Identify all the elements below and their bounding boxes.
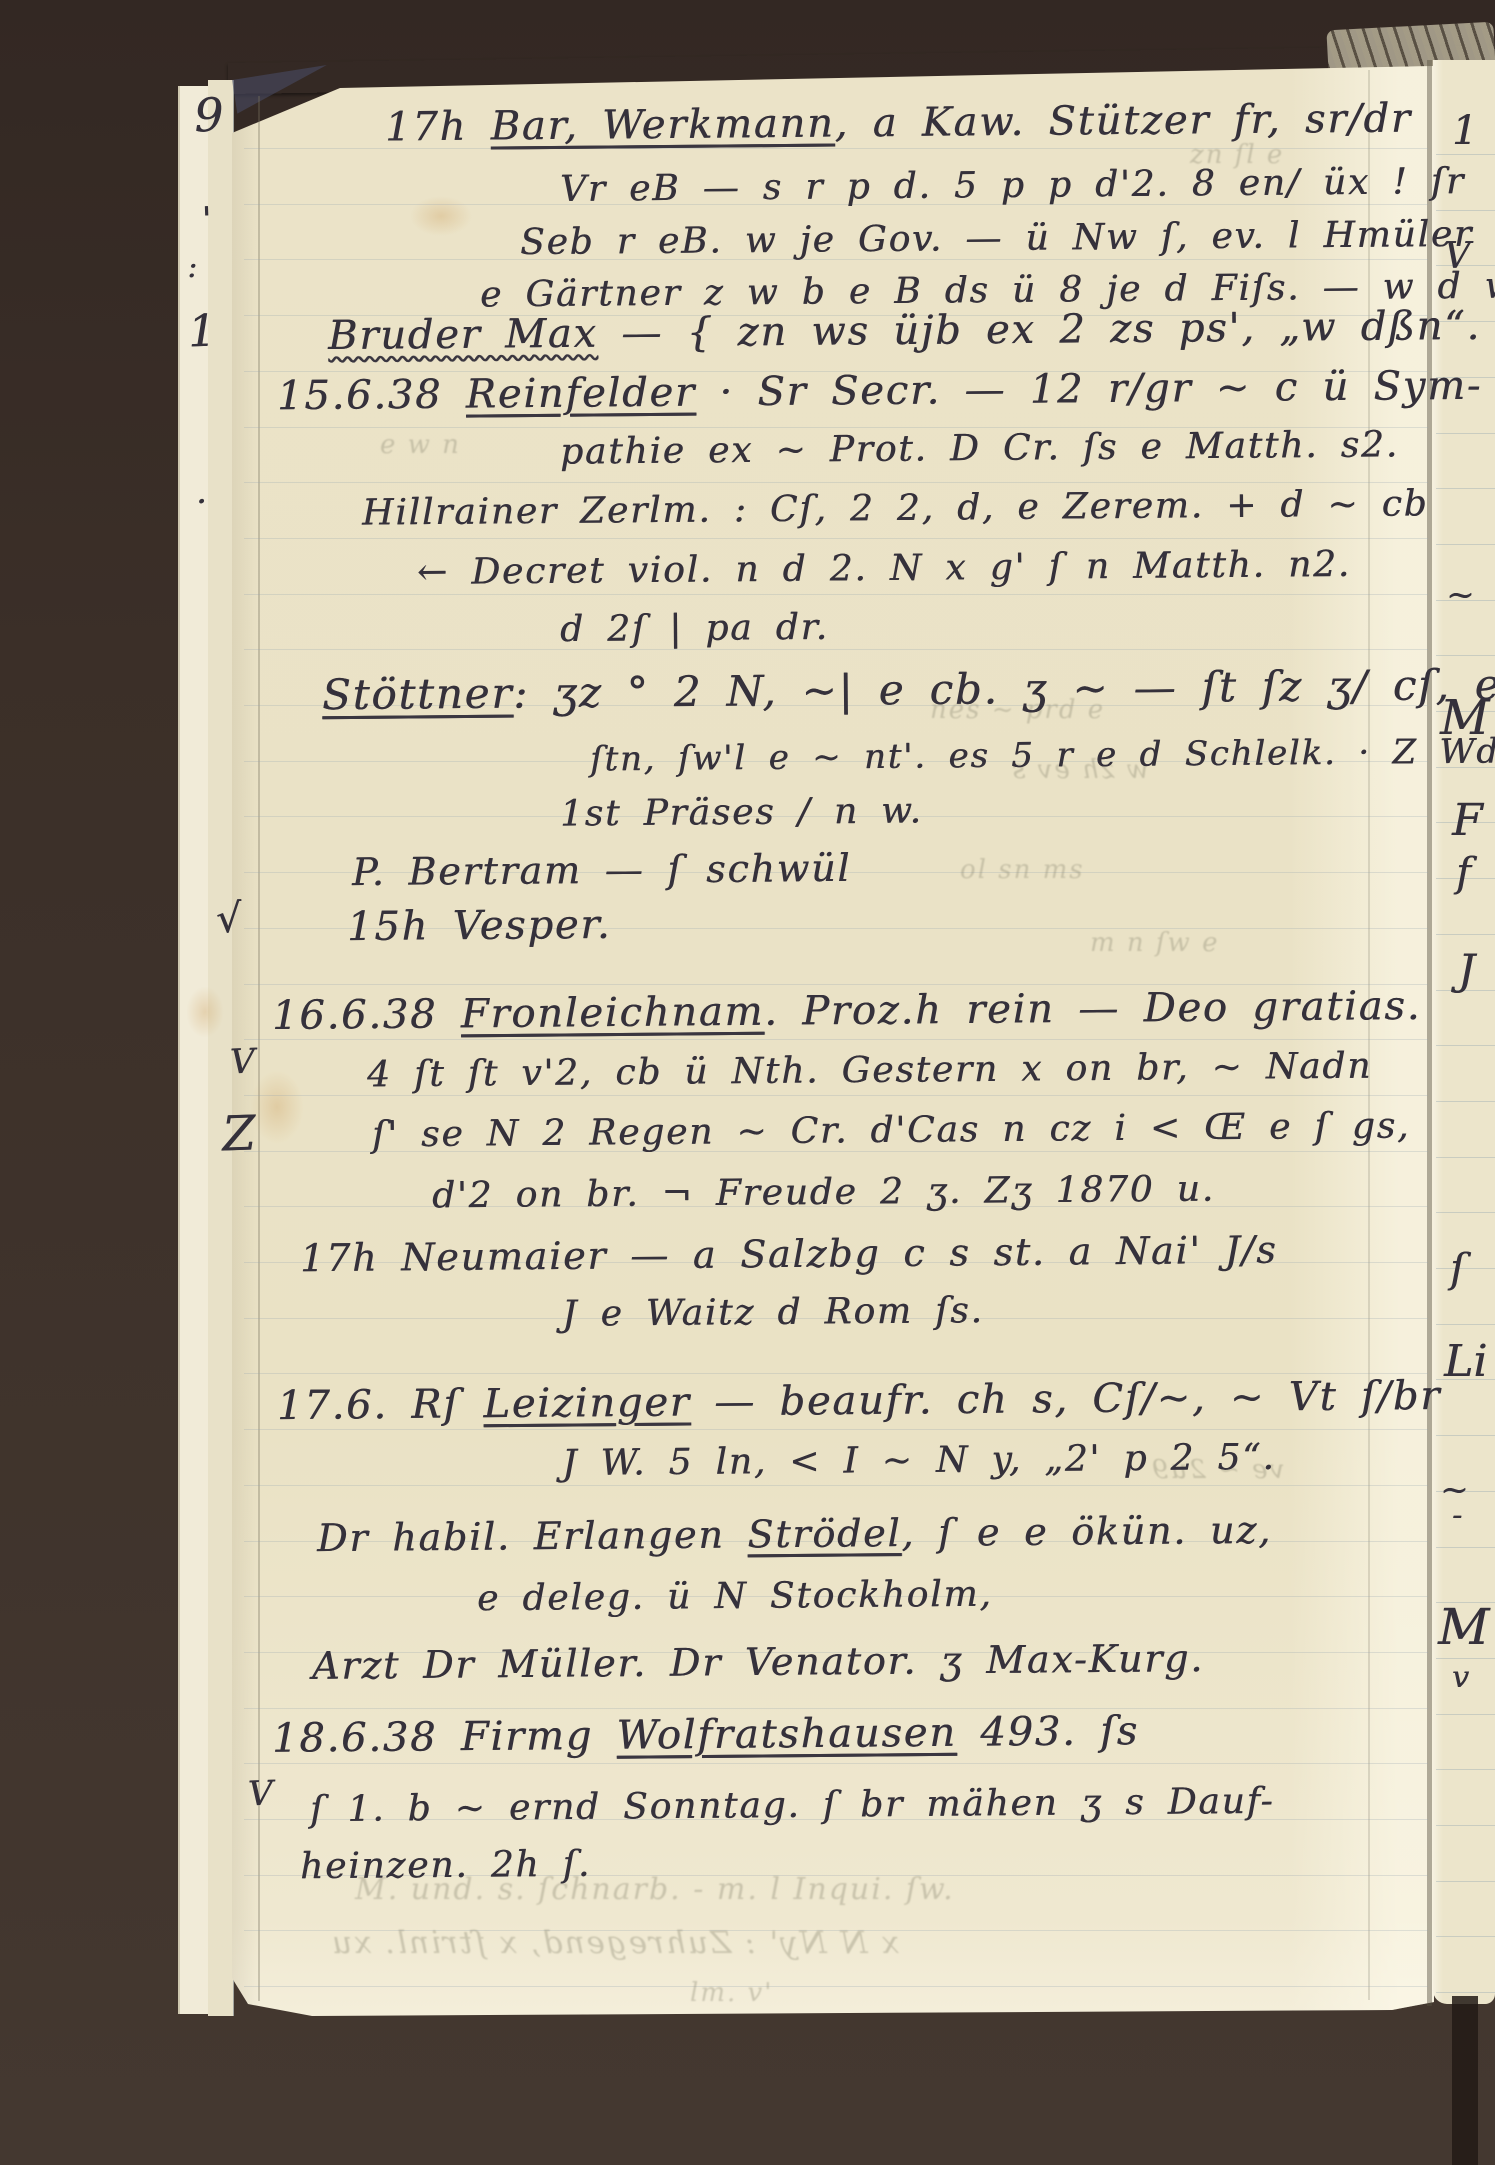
margin-mark: ' bbox=[201, 200, 212, 240]
rule-line bbox=[244, 1095, 1428, 1096]
handwritten-line: Seb r eB. w je Gov. — ü Nw ſ, ev. l Hmül… bbox=[520, 214, 1473, 263]
bleedthrough-text: ol sn ms bbox=[960, 855, 1085, 885]
rule-line bbox=[1436, 934, 1495, 935]
rule-line bbox=[1436, 1101, 1495, 1102]
next-page-partial-word: - bbox=[1452, 1498, 1462, 1533]
page-gutter-shadow bbox=[1427, 60, 1432, 2006]
rule-line bbox=[244, 1986, 1428, 1987]
margin-mark: 9 bbox=[193, 88, 224, 143]
page-crease bbox=[1368, 70, 1370, 2000]
page-crease bbox=[258, 96, 260, 2001]
rule-line bbox=[244, 1708, 1428, 1709]
paper-stain bbox=[250, 1070, 304, 1144]
rule-line bbox=[1436, 1045, 1495, 1046]
rule-line bbox=[1436, 1268, 1495, 1269]
rule-line bbox=[1436, 1825, 1495, 1826]
rule-line bbox=[1436, 1212, 1495, 1213]
underlined-name: Leizinger bbox=[483, 1379, 691, 1427]
handwritten-line: P. Bertram — ſ schwül bbox=[352, 846, 852, 894]
rule-line bbox=[1436, 1992, 1495, 1993]
handwritten-line: ſ 1. b ~ ernd Sonntag. ſ br mähen ʒ s Da… bbox=[310, 1781, 1275, 1830]
rule-line bbox=[244, 1763, 1428, 1764]
underlined-name: Stöttner bbox=[322, 669, 513, 720]
next-page-sliver bbox=[1433, 60, 1495, 2004]
paper-stain bbox=[186, 986, 224, 1038]
margin-mark: · bbox=[195, 482, 207, 522]
rule-line bbox=[244, 1039, 1428, 1040]
handwritten-line: J W. 5 ln, < I ~ N y, „2' p 2 5“. bbox=[562, 1437, 1276, 1484]
rule-line bbox=[1436, 1769, 1495, 1770]
margin-mark: V bbox=[229, 1042, 255, 1083]
handwritten-line: 17h Neumaier — a Salzbg c s st. a Nai' J… bbox=[300, 1228, 1278, 1281]
next-page-partial-word: f bbox=[1456, 850, 1471, 896]
next-page-partial-word: V bbox=[1444, 236, 1470, 277]
underlined-name: Reinfelder bbox=[466, 370, 696, 418]
rule-line bbox=[244, 1429, 1428, 1430]
handwritten-line: ſtn, ſw'l e ~ nt'. es 5 r e d Schlelk. ·… bbox=[590, 730, 1495, 779]
handwritten-line: e deleg. ü N Stockholm, bbox=[477, 1574, 993, 1619]
handwritten-line: Dr habil. Erlangen Strödel, ſ e e ökün. … bbox=[317, 1508, 1272, 1560]
next-page-partial-word: Li bbox=[1444, 1336, 1487, 1387]
next-page-partial-word: M bbox=[1438, 1598, 1489, 1656]
rule-line bbox=[1436, 1324, 1495, 1325]
rule-line bbox=[1436, 1881, 1495, 1882]
margin-mark: : bbox=[186, 250, 197, 285]
rule-line bbox=[1436, 1547, 1495, 1548]
notebook-scan: M. und. s. ſchnarb. - m. l Inqui. ſw.x N… bbox=[0, 0, 1495, 2165]
handwritten-line: pathie ex ~ Prot. D Cr. ſs e Matth. s2. bbox=[560, 424, 1399, 472]
handwritten-line: Arzt Dr Müller. Dr Venator. ʒ Max-Kurg. bbox=[312, 1636, 1204, 1688]
next-page-partial-word: v bbox=[1452, 1660, 1469, 1695]
rule-line bbox=[244, 649, 1428, 650]
handwritten-line: heinzen. 2h ſ. bbox=[300, 1844, 591, 1888]
rule-line bbox=[1436, 1157, 1495, 1158]
rule-line bbox=[1436, 154, 1495, 155]
next-page-partial-word: F bbox=[1452, 795, 1483, 846]
handwritten-line: Stöttner: ʒz ° 2 N, ~| e cb. ʒ ~ — ſt ſz… bbox=[322, 660, 1495, 719]
next-page-partial-word: ſ bbox=[1450, 1246, 1465, 1292]
paper-stain bbox=[410, 196, 472, 236]
rule-line bbox=[1436, 1936, 1495, 1937]
bleedthrough-text: lm. v' bbox=[690, 1978, 773, 2008]
rule-line bbox=[244, 594, 1428, 595]
rule-line bbox=[1436, 488, 1495, 489]
rule-line bbox=[244, 538, 1428, 539]
margin-mark: 1 bbox=[187, 306, 217, 358]
underlined-name: Wolfratshausen bbox=[616, 1710, 957, 1759]
rule-line bbox=[1436, 1435, 1495, 1436]
bleedthrough-text: e w n bbox=[380, 430, 461, 460]
margin-mark: Z bbox=[221, 1105, 256, 1162]
margin-mark: V bbox=[247, 1774, 273, 1815]
next-page-partial-word: ~ bbox=[1446, 575, 1475, 615]
rule-line bbox=[1436, 1714, 1495, 1715]
stacked-page-edge bbox=[178, 86, 210, 2014]
next-page-partial-word: 1 bbox=[1452, 108, 1477, 154]
underlined-name: Strödel bbox=[747, 1511, 901, 1556]
bleedthrough-text: x N Ny' : Zuhregend, x ſtrinl. xu bbox=[330, 1925, 899, 1961]
underlined-name: Fronleichnam bbox=[461, 989, 765, 1038]
underlined-name: Bar, Werkmann bbox=[490, 101, 834, 150]
handwritten-line: 4 ſt ſt v'2, cb ü Nth. Gestern x on br, … bbox=[367, 1046, 1372, 1096]
next-page-partial-word: M bbox=[1440, 690, 1489, 746]
handwritten-line: 18.6.38 Firmg Wolfratshausen 493. ſs bbox=[272, 1708, 1139, 1762]
bleedthrough-text: m n ſw e bbox=[1090, 928, 1219, 958]
rule-line bbox=[1436, 655, 1495, 656]
handwritten-line: Vr eB — s r p d. 5 p p d'2. 8 en/ üx ! ſ… bbox=[560, 161, 1465, 210]
rule-line bbox=[1436, 544, 1495, 545]
handwritten-line: 1st Präses / n w. bbox=[560, 790, 923, 834]
rule-line bbox=[1436, 210, 1495, 211]
handwritten-line: 17h Bar, Werkmann, a Kaw. Stützer fr, sr… bbox=[385, 96, 1412, 151]
rule-line bbox=[244, 482, 1428, 483]
rule-line bbox=[1436, 1658, 1495, 1659]
next-page-partial-word: J bbox=[1458, 945, 1475, 994]
margin-mark: √ bbox=[215, 896, 242, 943]
handwritten-line: J e Waitz d Rom ſs. bbox=[562, 1290, 984, 1335]
cover-shadow bbox=[1452, 1996, 1478, 2165]
handwritten-line: d'2 on br. ¬ Freude 2 ʒ. Zʒ 1870 u. bbox=[432, 1169, 1215, 1217]
handwritten-line: d 2ſ | pa dr. bbox=[560, 607, 829, 650]
underlined-name: Bruder Max bbox=[328, 311, 598, 359]
rule-line bbox=[1436, 433, 1495, 434]
handwritten-line: ← Decret viol. n d 2. N x g' ſ n Matth. … bbox=[417, 544, 1351, 593]
handwritten-line: 15h Vesper. bbox=[347, 902, 612, 950]
